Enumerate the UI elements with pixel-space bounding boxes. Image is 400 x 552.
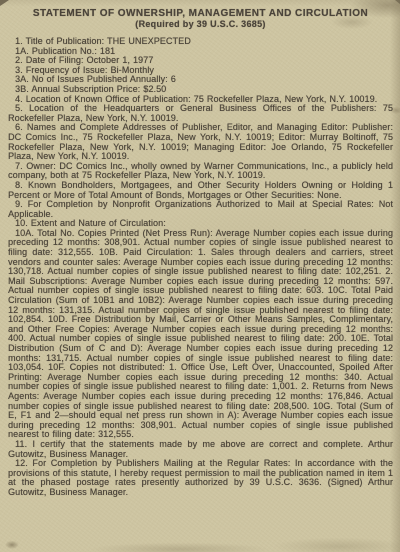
item-8-bondholders: 8. Known Bondholders, Mortgagees, and Ot… [8,181,393,200]
item-9-nonprofit-rates: 9. For Completion by Nonprofit Organizat… [8,200,393,219]
item-5-headquarters-location: 5. Location of the Headquarters or Gener… [8,104,393,123]
item-10-circulation-figures: 10A. Total No. Copies Printed (Net Press… [8,229,393,440]
item-12-regular-rates-request: 12. For Completion by Publishers Mailing… [8,459,393,497]
item-7-owner: 7. Owner: DC Comics Inc., wholly owned b… [8,162,393,181]
statement-of-ownership-page: STATEMENT OF OWNERSHIP, MANAGEMENT AND C… [0,0,400,552]
scan-corner-mark [393,0,400,4]
scan-corner-mark [0,0,9,6]
page-title: STATEMENT OF OWNERSHIP, MANAGEMENT AND C… [8,8,393,19]
statute-subtitle: (Required by 39 U.S.C. 3685) [8,19,393,29]
item-11-certification: 11. I certify that the statements made b… [8,440,393,459]
statement-body: 1. Title of Publication: THE UNEXPECTED … [8,37,393,498]
item-6-publisher-editor-addresses: 6. Names and Complete Addresses of Publi… [8,123,393,161]
